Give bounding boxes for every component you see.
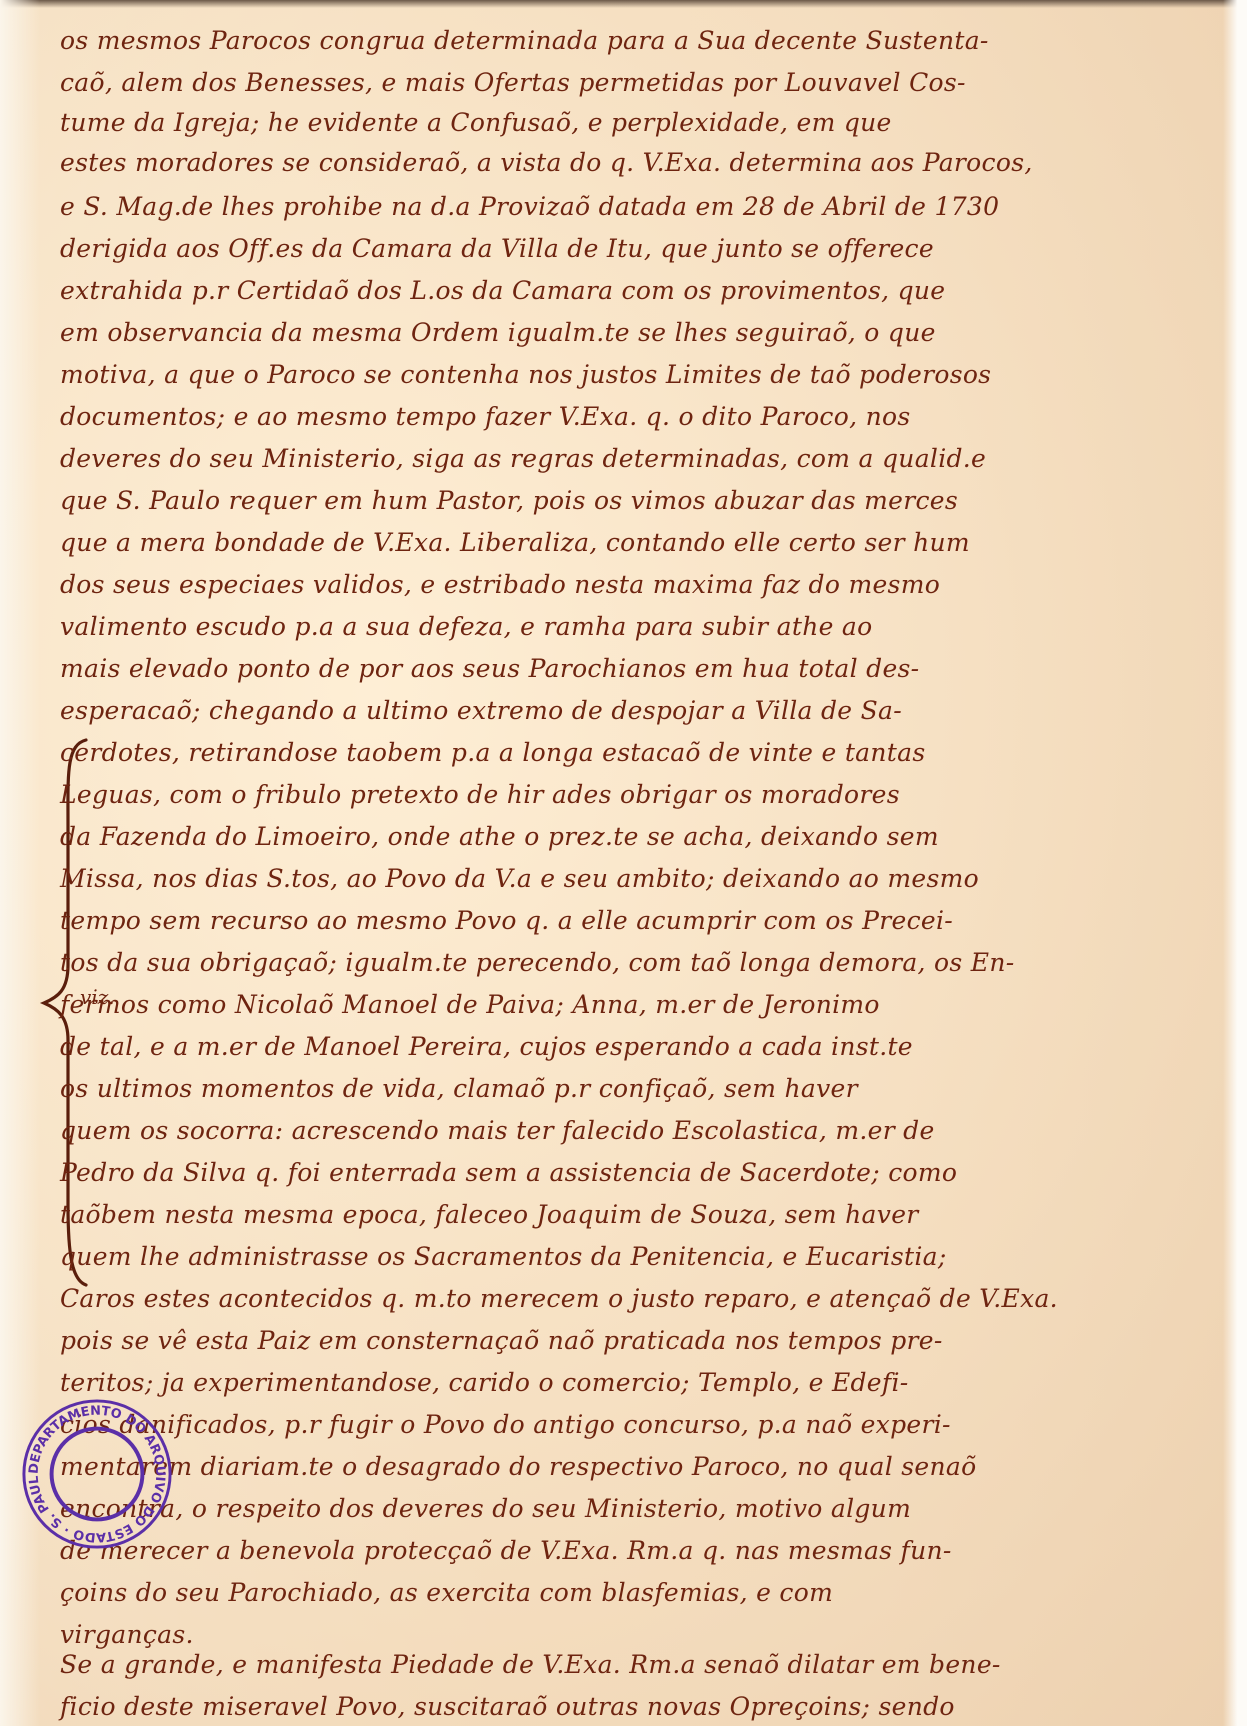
text-line: Missa, nos dias S.tos, ao Povo da V.a e … [60,864,979,893]
text-line: tume da Igreja; he evidente a Confusaõ, … [60,108,892,137]
text-line: cerdotes, retirandose taobem p.a a longa… [60,738,925,767]
manuscript-page: viz. os mesmos Parocos congrua determina… [0,0,1247,1726]
text-line: Se a grande, e manifesta Piedade de V.Ex… [60,1650,1001,1679]
text-line: virganças. [60,1620,194,1649]
text-line: Leguas, com o fribulo pretexto de hir ad… [60,780,900,809]
page-top-shadow [0,0,1247,8]
text-line: dos seus especiaes validos, e estribado … [60,570,940,599]
text-line: mais elevado ponto de por aos seus Paroc… [60,654,919,683]
text-line: da Fazenda do Limoeiro, onde athe o prez… [60,822,939,851]
text-line: em observancia da mesma Ordem igualm.te … [60,318,936,347]
text-line: mentarem diariam.te o desagrado do respe… [60,1452,976,1481]
text-line: quem lhe administrasse os Sacramentos da… [60,1242,947,1271]
text-line: de tal, e a m.er de Manoel Pereira, cujo… [60,1032,913,1061]
text-line: ficio deste miseravel Povo, suscitaraõ o… [60,1692,955,1721]
text-line: estes moradores se consideraõ, a vista d… [60,148,1033,177]
text-line: fermos como Nicolaõ Manoel de Paiva; Ann… [60,990,880,1019]
text-line: cios danificados, p.r fugir o Povo do an… [60,1410,951,1439]
text-line: taõbem nesta mesma epoca, faleceo Joaqui… [60,1200,919,1229]
text-line: Pedro da Silva q. foi enterrada sem a as… [60,1158,957,1187]
text-line: valimento escudo p.a a sua defeza, e ram… [60,612,873,641]
text-line: pois se vê esta Paiz em consternaçaõ naõ… [60,1326,943,1355]
text-line: deveres do seu Ministerio, siga as regra… [60,444,986,473]
text-line: quem os socorra: acrescendo mais ter fal… [60,1116,935,1145]
text-line: derigida aos Off.es da Camara da Villa d… [60,234,934,263]
text-line: esperacaõ; chegando a ultimo extremo de … [60,696,902,725]
text-line: documentos; e ao mesmo tempo fazer V.Exa… [60,402,910,431]
text-line: çoins do seu Parochiado, as exercita com… [60,1578,833,1607]
text-line: motiva, a que o Paroco se contenha nos j… [60,360,991,389]
text-line: Caros estes acontecidos q. m.to merecem … [60,1284,1058,1313]
text-line: os ultimos momentos de vida, clamaõ p.r … [60,1074,858,1103]
text-line: de merecer a benevola protecçaõ de V.Exa… [60,1536,952,1565]
page-right-edge [1223,0,1247,1726]
text-line: tempo sem recurso ao mesmo Povo q. a ell… [60,906,953,935]
text-line: encontra, o respeito dos deveres do seu … [60,1494,911,1523]
text-line: tos da sua obrigaçaõ; igualm.te perecend… [60,948,1014,977]
text-line: e S. Mag.de lhes prohibe na d.a Provizaõ… [60,192,999,221]
text-line: caõ, alem dos Benesses, e mais Ofertas p… [60,68,966,97]
text-line: que S. Paulo requer em hum Pastor, pois … [60,486,958,515]
text-line: extrahida p.r Certidaõ dos L.os da Camar… [60,276,945,305]
text-line: que a mera bondade de V.Exa. Liberaliza,… [60,528,970,557]
text-line: teritos; ja experimentandose, carido o c… [60,1368,909,1397]
text-line: os mesmos Parocos congrua determinada pa… [60,26,989,55]
archive-stamp-icon: DEPARTAMENTO DO ARQUIVO DO ESTADO · S. P… [18,1395,176,1553]
